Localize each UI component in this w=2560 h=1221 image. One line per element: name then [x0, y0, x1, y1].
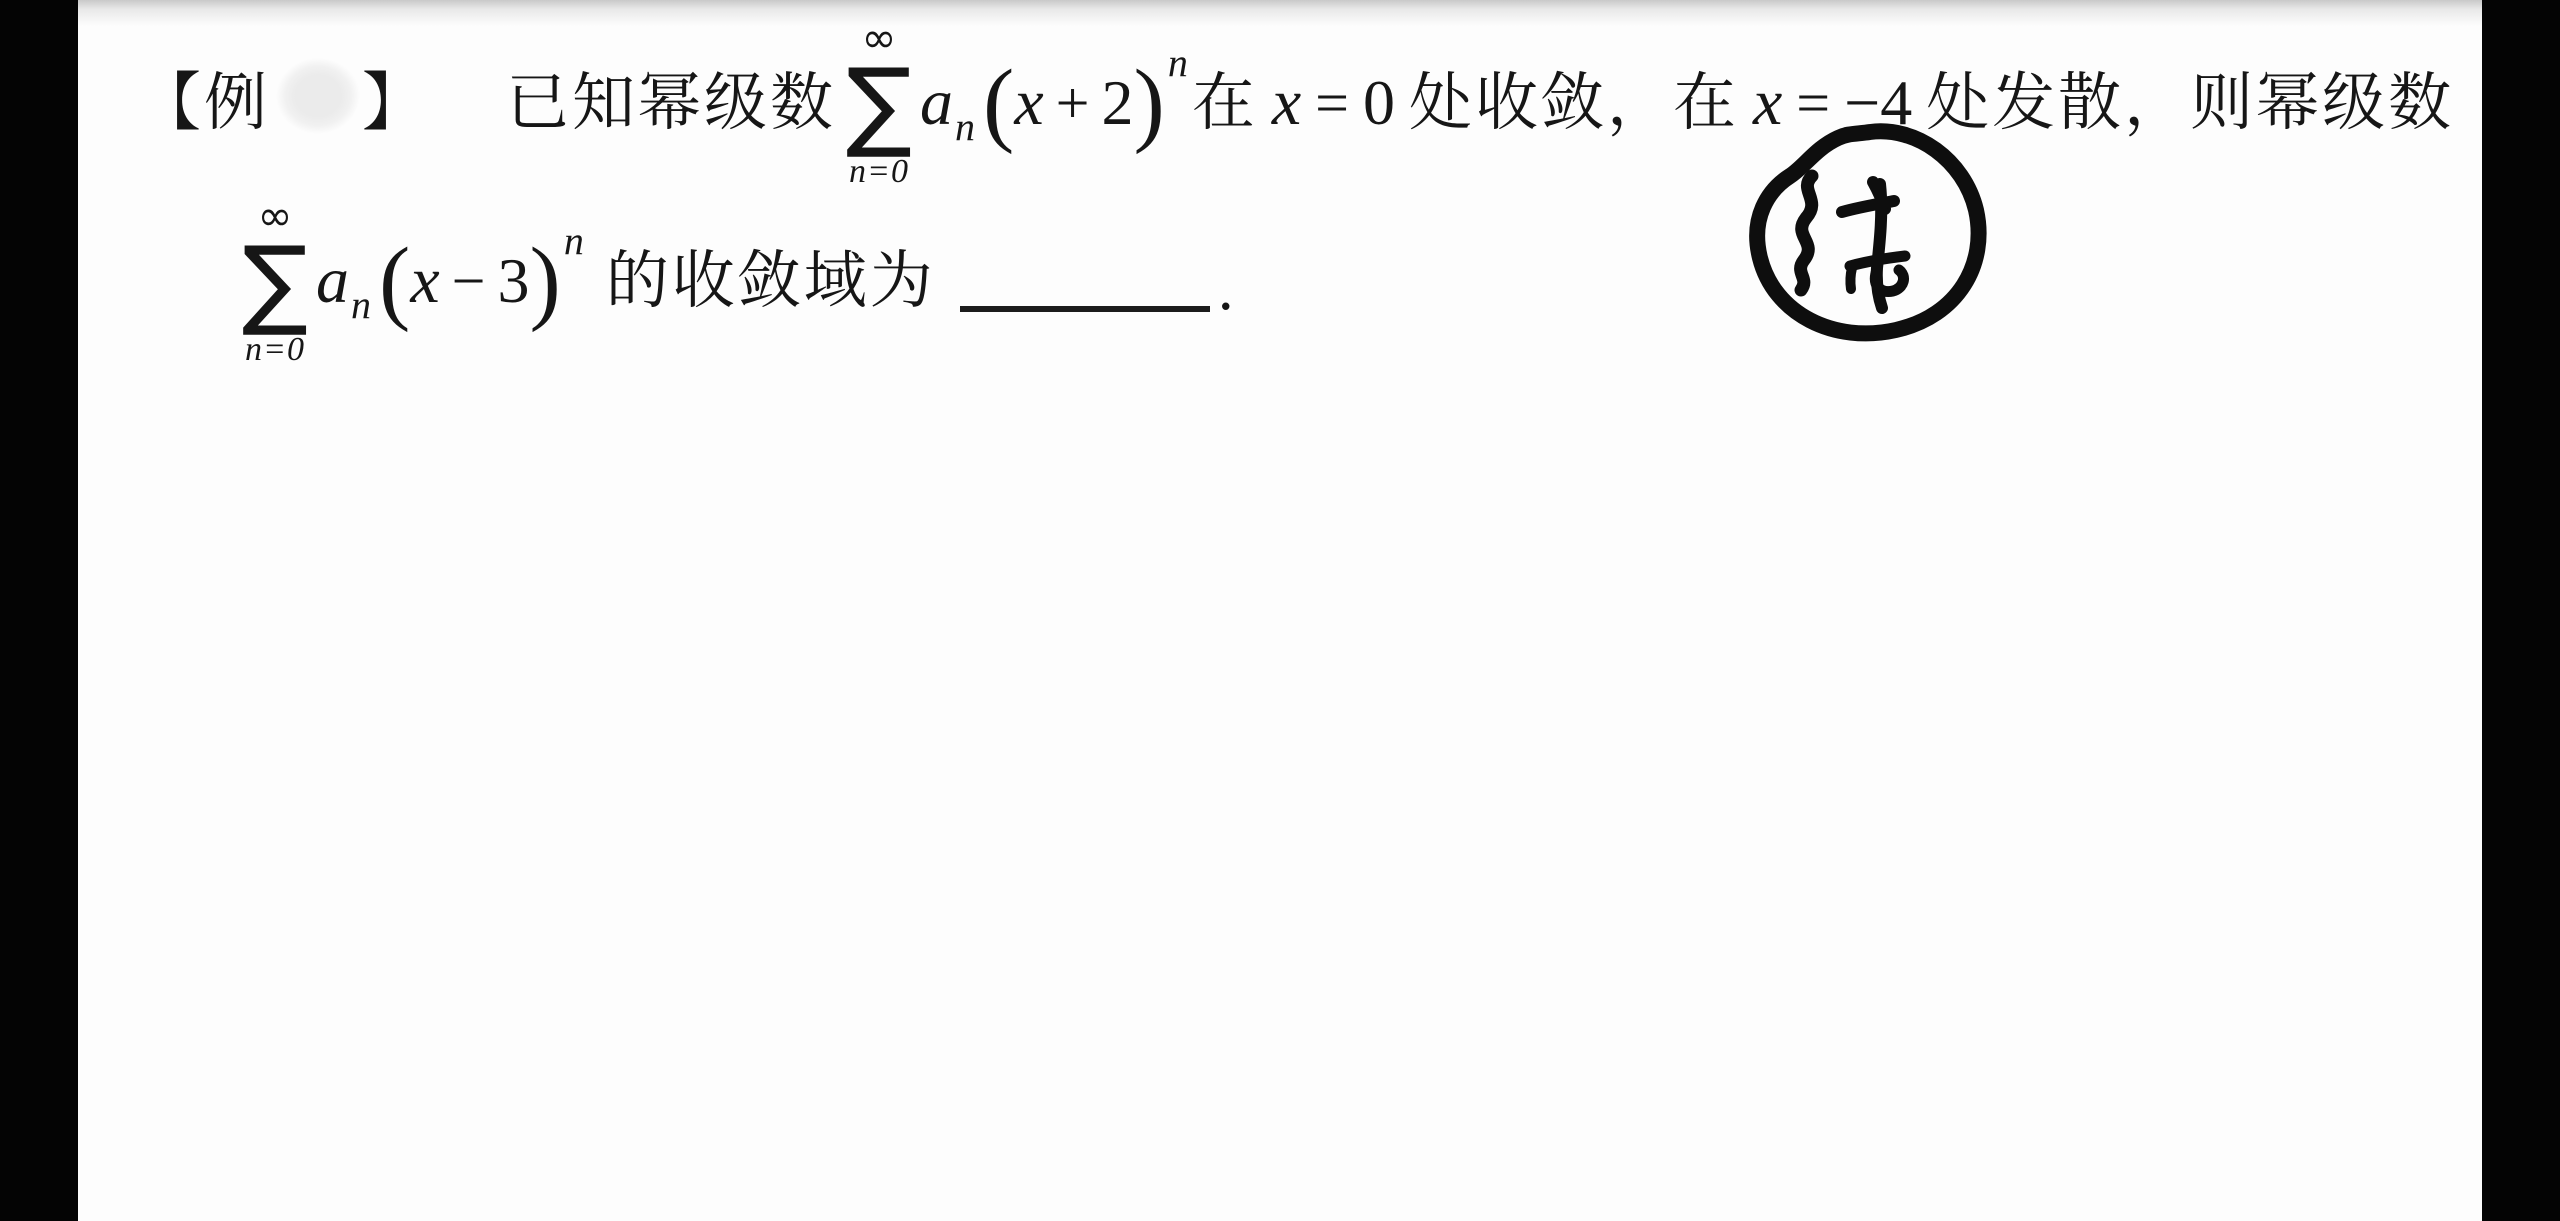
document-page: 【例 】 已知幂级数 ∞ ∑ n=0 a n ( x + 2 ) n 在 x =…	[0, 0, 2560, 1221]
equals-sign: =	[1315, 73, 1349, 133]
coefficient-subscript: n	[955, 107, 975, 147]
condition-x-equals-0: x = 0	[1272, 70, 1395, 136]
left-letterbox-bar	[0, 0, 78, 1221]
coefficient-a: a	[316, 248, 349, 314]
sentence-period: .	[1218, 257, 1234, 320]
close-paren: )	[530, 234, 561, 328]
sigma-symbol: ∑	[846, 59, 912, 152]
series2-term: a n ( x − 3 ) n	[316, 234, 584, 328]
problem-line-2: ∞ ∑ n=0 a n ( x − 3 ) n 的收敛域为 .	[236, 192, 1234, 370]
plus-operator: +	[1056, 73, 1090, 133]
open-paren: (	[983, 56, 1014, 150]
intro-text: 已知幂级数	[506, 67, 836, 139]
handwritten-practice-badge: 练	[1738, 118, 2000, 358]
minus-operator: −	[452, 251, 486, 311]
text-converges-at: 处收敛，在	[1409, 67, 1739, 139]
erased-example-number	[276, 58, 360, 134]
right-letterbox-bar	[2482, 0, 2560, 1221]
summation-lower-limit: n=0	[245, 333, 305, 367]
constant-3: 3	[498, 249, 530, 313]
series1-summation: ∞ ∑ n=0	[846, 17, 912, 189]
variable-x: x	[1272, 70, 1301, 136]
variable-x: x	[1014, 70, 1043, 136]
constant-2: 2	[1102, 71, 1134, 135]
coefficient-subscript: n	[351, 285, 371, 325]
text-convergence-domain: 的收敛域为	[606, 245, 936, 317]
open-paren: (	[379, 234, 410, 328]
exponent-n: n	[564, 221, 584, 261]
series2-summation: ∞ ∑ n=0	[242, 195, 308, 367]
summation-lower-limit: n=0	[849, 155, 909, 189]
variable-x: x	[410, 248, 439, 314]
example-tag-open: 【例	[138, 67, 270, 139]
practice-badge-drawing	[1738, 118, 2000, 358]
sigma-symbol: ∑	[242, 237, 308, 330]
answer-blank-underline	[960, 306, 1210, 312]
example-tag: 【例 】	[138, 58, 428, 148]
text-at: 在	[1192, 67, 1258, 139]
value-0: 0	[1363, 71, 1395, 135]
example-tag-close: 】	[362, 67, 428, 139]
series1-term: a n ( x + 2 ) n	[920, 56, 1188, 150]
problem-line-1: 【例 】 已知幂级数 ∞ ∑ n=0 a n ( x + 2 ) n 在 x =…	[138, 14, 2458, 192]
coefficient-a: a	[920, 70, 953, 136]
text-diverges-then: 处发散，则幂级数	[1926, 67, 2454, 139]
exponent-n: n	[1168, 43, 1188, 83]
close-paren: )	[1134, 56, 1165, 150]
